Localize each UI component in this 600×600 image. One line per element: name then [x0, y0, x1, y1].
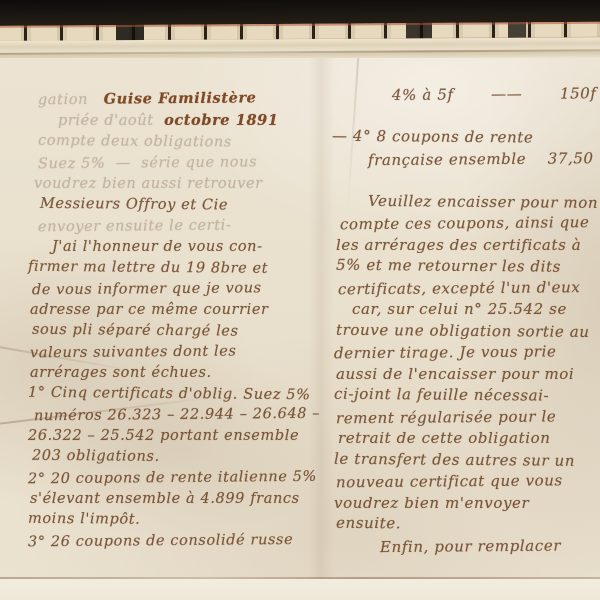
handwriting-text: le transfert des autres sur un	[334, 449, 575, 469]
handwriting-line: de vous informer que je vous	[32, 278, 320, 302]
handwriting-line: voudrez bien aussi retrouver	[34, 174, 320, 195]
handwriting-line: 5% et me retourner les dits	[336, 255, 600, 279]
handwriting-text: envoyer ensuite le certi-	[38, 218, 231, 236]
handwriting-line: 26.322 – 25.542 portant ensemble	[28, 426, 320, 447]
handwriting-text: adresse par ce même courrier	[30, 302, 269, 318]
bottom-paper-margin	[0, 579, 600, 600]
handwriting-text: dernier tirage. Je vous prie	[334, 342, 557, 362]
handwriting-text: gation	[38, 92, 104, 109]
handwriting-line: rement régularisée pour le	[336, 405, 600, 429]
handwriting-line: nouveau certificat que vous	[336, 470, 600, 494]
handwriting-text: octobre 1891	[164, 112, 278, 129]
letter-paper: gation Guise Familistèrepriée d'août oct…	[0, 58, 600, 600]
handwriting-line: Veuillez encaisser pour mon	[368, 190, 600, 214]
handwriting-line: aussi de l'encaisser pour moi	[336, 364, 600, 386]
handwriting-line: compte ces coupons, ainsi que	[340, 212, 600, 236]
handwriting-text: certificats, excepté l'un d'eux	[338, 278, 581, 298]
handwriting-text: nouveau certificat que vous	[336, 471, 563, 491]
handwriting-text: — 4° 8 coupons de rente	[332, 127, 534, 147]
handwriting-line: car, sur celui n° 25.542 se	[352, 299, 600, 321]
handwriting-line: 1° Cinq certificats d'oblig. Suez 5%	[28, 383, 320, 407]
handwriting-text: ensuite.	[336, 514, 401, 533]
handwriting-text: de vous informer que je vous	[32, 280, 262, 298]
handwriting-line: certificats, excepté l'un d'eux	[338, 276, 600, 300]
handwriting-text: firmer ma lettre du 19 8bre et	[28, 259, 268, 277]
handwriting-text: valeurs suivantes dont les	[30, 343, 237, 361]
handwriting-text: trouve une obligation sortie au	[336, 320, 590, 340]
handwriting-line: ensuite.	[336, 513, 600, 537]
handwriting-line: retrait de cette obligation	[338, 428, 600, 450]
handwriting-line	[332, 106, 600, 128]
handwriting-line: compte deux obligations	[38, 131, 320, 154]
handwriting-text: Enfin, pour remplacer	[380, 536, 561, 556]
handwriting-text: priée d'août	[58, 113, 164, 129]
handwriting-text: 4% à 5f —— 150f	[392, 84, 597, 104]
handwriting-line: sous pli séparé chargé les	[32, 320, 320, 344]
handwriting-line: les arrérages des certificats à	[336, 235, 600, 257]
handwriting-line: valeurs suivantes dont les	[30, 341, 320, 365]
handwriting-line: s'élevant ensemble à 4.899 francs	[30, 489, 320, 510]
letter-photo: gation Guise Familistèrepriée d'août oct…	[0, 0, 600, 600]
handwriting-text: moins l'impôt.	[28, 511, 141, 528]
handwriting-line: adresse par ce même courrier	[30, 300, 320, 321]
handwriting-column-left: gation Guise Familistèrepriée d'août oct…	[28, 88, 320, 552]
handwriting-line: envoyer ensuite le certi-	[38, 215, 320, 238]
handwriting-text: 26.322 – 25.542 portant ensemble	[28, 428, 299, 444]
handwriting-line	[332, 170, 600, 192]
handwriting-line: Enfin, pour remplacer	[380, 534, 600, 558]
handwriting-line: — 4° 8 coupons de rente	[332, 126, 600, 150]
handwriting-column-right: 4% à 5f —— 150f— 4° 8 coupons de rentefr…	[332, 84, 600, 557]
handwriting-line: priée d'août octobre 1891	[58, 110, 320, 132]
handwriting-text: Veuillez encaisser pour mon	[368, 191, 598, 211]
handwriting-text: Suez 5% — série que nous	[38, 154, 257, 172]
handwriting-text: 3° 26 coupons de consolidé russe	[28, 532, 293, 550]
handwriting-text: les arrérages des certificats à	[336, 236, 581, 254]
handwriting-text: aussi de l'encaisser pour moi	[336, 365, 574, 383]
handwriting-text: voudrez bien m'envoyer	[334, 494, 529, 512]
handwriting-text: française ensemble 37,50	[368, 149, 594, 169]
handwriting-line: moins l'impôt.	[28, 509, 320, 533]
handwriting-text: Messieurs Offroy et Cie	[40, 196, 228, 214]
handwriting-line: 203 obligations.	[32, 446, 320, 470]
handwriting-line: 4% à 5f —— 150f	[392, 83, 600, 107]
handwriting-text: voudrez bien aussi retrouver	[34, 176, 263, 192]
handwriting-text: 5% et me retourner les dits	[336, 256, 561, 276]
handwriting-text: 2° 20 coupons de rente italienne 5%	[28, 469, 317, 488]
handwriting-line: ci-joint la feuille nécessai-	[334, 384, 600, 408]
handwriting-text: compte ces coupons, ainsi que	[340, 213, 590, 233]
handwriting-line: dernier tirage. Je vous prie	[334, 341, 600, 365]
handwriting-line: firmer ma lettre du 19 8bre et	[28, 257, 320, 281]
handwriting-line: Messieurs Offroy et Cie	[40, 194, 320, 217]
handwriting-text: compte deux obligations	[38, 133, 232, 151]
handwriting-text: 203 obligations.	[32, 448, 160, 465]
handwriting-line: voudrez bien m'envoyer	[334, 493, 600, 515]
handwriting-text: 1° Cinq certificats d'oblig. Suez 5%	[28, 385, 311, 403]
handwriting-text: Guise Familistère	[104, 89, 257, 107]
handwriting-text: numéros 26.323 – 22.944 – 26.648 –	[34, 406, 320, 424]
handwriting-line: gation Guise Familistère	[38, 87, 320, 111]
handwriting-text: retrait de cette obligation	[338, 429, 551, 447]
handwriting-line: 3° 26 coupons de consolidé russe	[28, 530, 320, 554]
handwriting-text: s'élevant ensemble à 4.899 francs	[30, 491, 300, 507]
handwriting-line: 2° 20 coupons de rente italienne 5%	[28, 467, 320, 491]
handwriting-text: rement régularisée pour le	[336, 407, 557, 427]
handwriting-text: arrérages sont échues.	[30, 365, 212, 381]
handwriting-line: J'ai l'honneur de vous con-	[52, 237, 320, 258]
handwriting-text: ci-joint la feuille nécessai-	[334, 385, 549, 405]
handwriting-line: le transfert des autres sur un	[334, 448, 600, 472]
handwriting-line: arrérages sont échues.	[30, 363, 320, 384]
handwriting-line: française ensemble 37,50	[368, 147, 600, 171]
handwriting-line: trouve une obligation sortie au	[336, 319, 600, 343]
handwriting-text: car, sur celui n° 25.542 se	[352, 300, 567, 318]
handwriting-text: J'ai l'honneur de vous con-	[52, 239, 263, 255]
handwriting-line: Suez 5% — série que nous	[38, 152, 320, 175]
handwriting-text: sous pli séparé chargé les	[32, 322, 239, 340]
handwriting-line: numéros 26.323 – 22.944 – 26.648 –	[34, 404, 320, 427]
